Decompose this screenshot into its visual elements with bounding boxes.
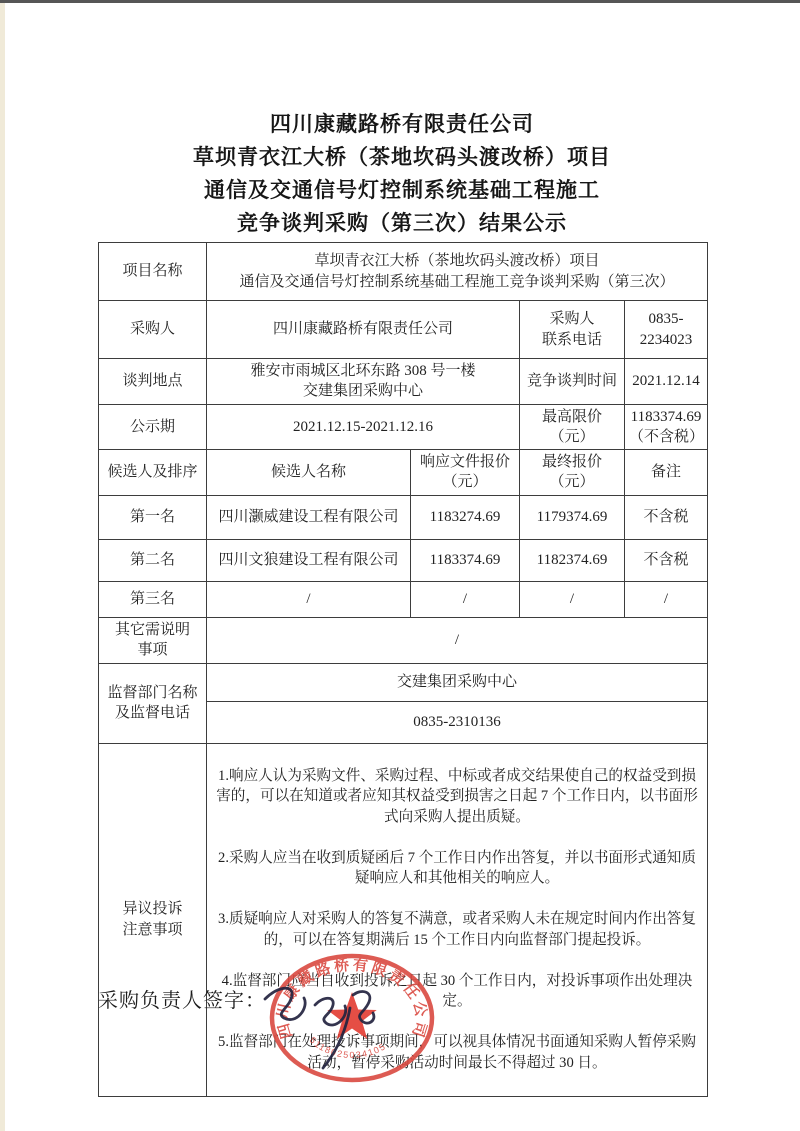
- other-notes-value: /: [207, 617, 708, 663]
- candidate-rank: 第一名: [99, 495, 207, 539]
- negotiation-time-label: 竞争谈判时间: [520, 359, 625, 405]
- publicity-period-label: 公示期: [99, 404, 207, 450]
- notice-item-1: 1.响应人认为采购文件、采购过程、中标或者成交结果使自己的权益受到损害的，可以在…: [211, 766, 703, 828]
- candidate-rank: 第三名: [99, 581, 207, 617]
- title-line-1: 四川康藏路桥有限责任公司: [94, 108, 710, 141]
- doc-price-header: 响应文件报价 （元）: [411, 450, 520, 496]
- table-row: 公示期 2021.12.15-2021.12.16 最高限价 （元） 11833…: [99, 404, 708, 450]
- candidate-remark: 不含税: [625, 539, 708, 581]
- candidate-name: 四川文狼建设工程有限公司: [207, 539, 411, 581]
- candidate-final-price: /: [520, 581, 625, 617]
- supervisor-name: 交建集团采购中心: [207, 663, 708, 701]
- signature-handwriting: [255, 975, 405, 1075]
- publicity-period-value: 2021.12.15-2021.12.16: [207, 404, 520, 450]
- candidate-name: /: [207, 581, 411, 617]
- candidate-doc-price: /: [411, 581, 520, 617]
- table-row: 项目名称 草坝青衣江大桥（茶地坎码头渡改桥）项目 通信及交通信号灯控制系统基础工…: [99, 243, 708, 301]
- candidate-row: 第一名 四川灏威建设工程有限公司 1183274.69 1179374.69 不…: [99, 495, 708, 539]
- final-price-header: 最终报价 （元）: [520, 450, 625, 496]
- candidate-rank: 第二名: [99, 539, 207, 581]
- candidate-remark: /: [625, 581, 708, 617]
- location-value: 雅安市雨城区北环东路 308 号一楼 交建集团采购中心: [207, 359, 520, 405]
- candidate-doc-price: 1183374.69: [411, 539, 520, 581]
- candidate-row: 第三名 / / / /: [99, 581, 708, 617]
- other-notes-label: 其它需说明 事项: [99, 617, 207, 663]
- candidate-row: 第二名 四川文狼建设工程有限公司 1183374.69 1182374.69 不…: [99, 539, 708, 581]
- candidate-name-header: 候选人名称: [207, 450, 411, 496]
- signature-label: 采购负责人签字：: [98, 984, 266, 1013]
- notice-item-3: 3.质疑响应人对采购人的答复不满意，或者采购人未在规定时间内作出答复的，可以在答…: [211, 909, 703, 950]
- candidate-remark: 不含税: [625, 495, 708, 539]
- purchaser-phone-label: 采购人 联系电话: [520, 301, 625, 359]
- purchaser-value: 四川康藏路桥有限责任公司: [207, 301, 520, 359]
- supervisor-label: 监督部门名称 及监督电话: [99, 663, 207, 743]
- location-label: 谈判地点: [99, 359, 207, 405]
- candidate-final-price: 1179374.69: [520, 495, 625, 539]
- negotiation-time-value: 2021.12.14: [625, 359, 708, 405]
- max-price-value: 1183374.69 （不含税）: [625, 404, 708, 450]
- remark-header: 备注: [625, 450, 708, 496]
- table-row: 其它需说明 事项 /: [99, 617, 708, 663]
- table-row: 谈判地点 雅安市雨城区北环东路 308 号一楼 交建集团采购中心 竞争谈判时间 …: [99, 359, 708, 405]
- purchaser-phone-value: 0835-2234023: [625, 301, 708, 359]
- title-line-4: 竞争谈判采购（第三次）结果公示: [94, 207, 710, 240]
- document-title: 四川康藏路桥有限责任公司 草坝青衣江大桥（茶地坎码头渡改桥）项目 通信及交通信号…: [94, 108, 710, 240]
- title-line-3: 通信及交通信号灯控制系统基础工程施工: [94, 174, 710, 207]
- notice-item-2: 2.采购人应当在收到质疑函后 7 个工作日内作出答复，并以书面形式通知质疑响应人…: [211, 848, 703, 889]
- title-line-2: 草坝青衣江大桥（茶地坎码头渡改桥）项目: [94, 141, 710, 174]
- table-row: 采购人 四川康藏路桥有限责任公司 采购人 联系电话 0835-2234023: [99, 301, 708, 359]
- scan-left-edge: [0, 3, 5, 1131]
- candidate-doc-price: 1183274.69: [411, 495, 520, 539]
- objection-notice-label: 异议投诉 注意事项: [99, 743, 207, 1096]
- project-name-label: 项目名称: [99, 243, 207, 301]
- scan-top-edge: [0, 0, 800, 3]
- candidate-final-price: 1182374.69: [520, 539, 625, 581]
- table-row: 监督部门名称 及监督电话 交建集团采购中心: [99, 663, 708, 701]
- rank-header: 候选人及排序: [99, 450, 207, 496]
- max-price-label: 最高限价 （元）: [520, 404, 625, 450]
- table-header-row: 候选人及排序 候选人名称 响应文件报价 （元） 最终报价 （元） 备注: [99, 450, 708, 496]
- project-name-value: 草坝青衣江大桥（茶地坎码头渡改桥）项目 通信及交通信号灯控制系统基础工程施工竞争…: [207, 243, 708, 301]
- purchaser-label: 采购人: [99, 301, 207, 359]
- candidate-name: 四川灏威建设工程有限公司: [207, 495, 411, 539]
- supervisor-phone: 0835-2310136: [207, 701, 708, 743]
